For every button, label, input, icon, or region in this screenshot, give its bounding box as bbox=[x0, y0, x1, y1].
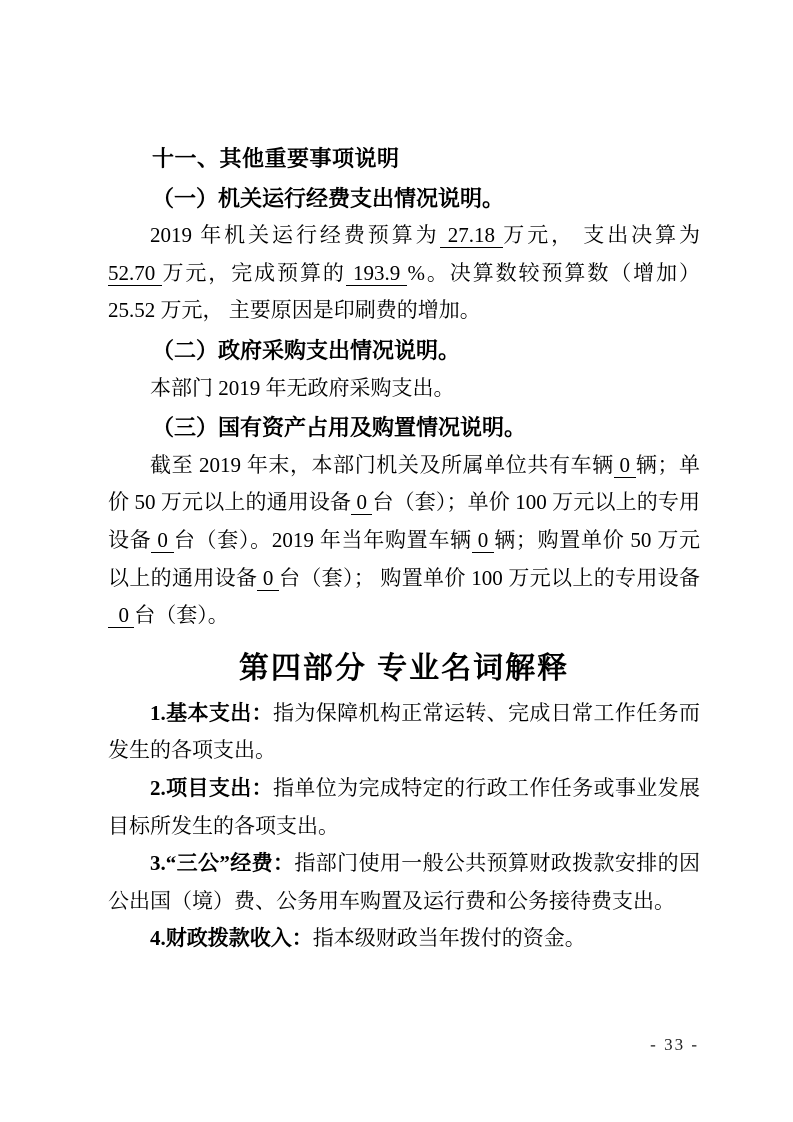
underlined-value: 0 bbox=[151, 528, 173, 553]
definition-basic-expenditure: 1.基本支出：指为保障机构正常运转、完成日常工作任务而发生的各项支出。 bbox=[108, 695, 700, 770]
subsection-2-heading: （二）政府采购支出情况说明。 bbox=[108, 332, 700, 370]
subsection-3-heading: （三）国有资产占用及购置情况说明。 bbox=[108, 409, 700, 447]
definition-text: 指本级财政当年拨付的资金。 bbox=[313, 926, 586, 950]
paragraph-agency-operating-expense: 2019 年机关运行经费预算为 27.18 万元， 支出决算为 52.70 万元… bbox=[108, 217, 700, 330]
paragraph-government-procurement: 本部门 2019 年无政府采购支出。 bbox=[108, 370, 700, 408]
subsection-1-heading: （一）机关运行经费支出情况说明。 bbox=[108, 180, 700, 218]
definition-term: 4.财政拨款收入： bbox=[150, 926, 313, 950]
underlined-value: 0 bbox=[472, 528, 494, 553]
underlined-value: 0 bbox=[614, 453, 636, 478]
text-run: 万元，完成预算的 bbox=[162, 261, 345, 285]
part4-title: 第四部分 专业名词解释 bbox=[108, 647, 700, 691]
document-page: 十一、其他重要事项说明 （一）机关运行经费支出情况说明。 2019 年机关运行经… bbox=[0, 0, 793, 1122]
page-content: 十一、其他重要事项说明 （一）机关运行经费支出情况说明。 2019 年机关运行经… bbox=[108, 140, 700, 958]
section-11-heading: 十一、其他重要事项说明 bbox=[108, 140, 700, 178]
underlined-value: 27.18 bbox=[440, 223, 504, 248]
text-run: 截至 2019 年末，本部门机关及所属单位共有车辆 bbox=[150, 453, 614, 477]
underlined-value: 0 bbox=[108, 603, 134, 628]
text-run: 本部门 2019 年无政府采购支出。 bbox=[150, 376, 455, 400]
page-number: - 33 - bbox=[650, 1035, 699, 1055]
definition-project-expenditure: 2.项目支出：指单位为完成特定的行政工作任务或事业发展目标所发生的各项支出。 bbox=[108, 770, 700, 845]
definition-term: 1.基本支出： bbox=[150, 701, 273, 725]
underlined-value: 0 bbox=[257, 566, 279, 591]
definition-fiscal-appropriation-income: 4.财政拨款收入：指本级财政当年拨付的资金。 bbox=[108, 920, 700, 958]
text-run: 台（套）。 bbox=[134, 603, 229, 627]
paragraph-state-assets: 截至 2019 年末，本部门机关及所属单位共有车辆 0 辆；单价 50 万元以上… bbox=[108, 447, 700, 635]
text-run: 万元， 支出决算为 bbox=[503, 223, 700, 247]
text-run: 台（套）。2019 年当年购置车辆 bbox=[174, 528, 472, 552]
text-run: 台（套）； 购置单价 100 万元以上的专用设备 bbox=[279, 566, 700, 590]
underlined-value: 193.9 bbox=[346, 261, 408, 286]
definition-term: 3.“三公”经费： bbox=[150, 851, 294, 875]
definition-three-public-funds: 3.“三公”经费：指部门使用一般公共预算财政拨款安排的因公出国（境）费、公务用车… bbox=[108, 845, 700, 920]
underlined-value: 0 bbox=[351, 490, 372, 515]
definition-term: 2.项目支出： bbox=[150, 776, 273, 800]
text-run: 2019 年机关运行经费预算为 bbox=[150, 223, 440, 247]
underlined-value: 52.70 bbox=[108, 261, 162, 286]
